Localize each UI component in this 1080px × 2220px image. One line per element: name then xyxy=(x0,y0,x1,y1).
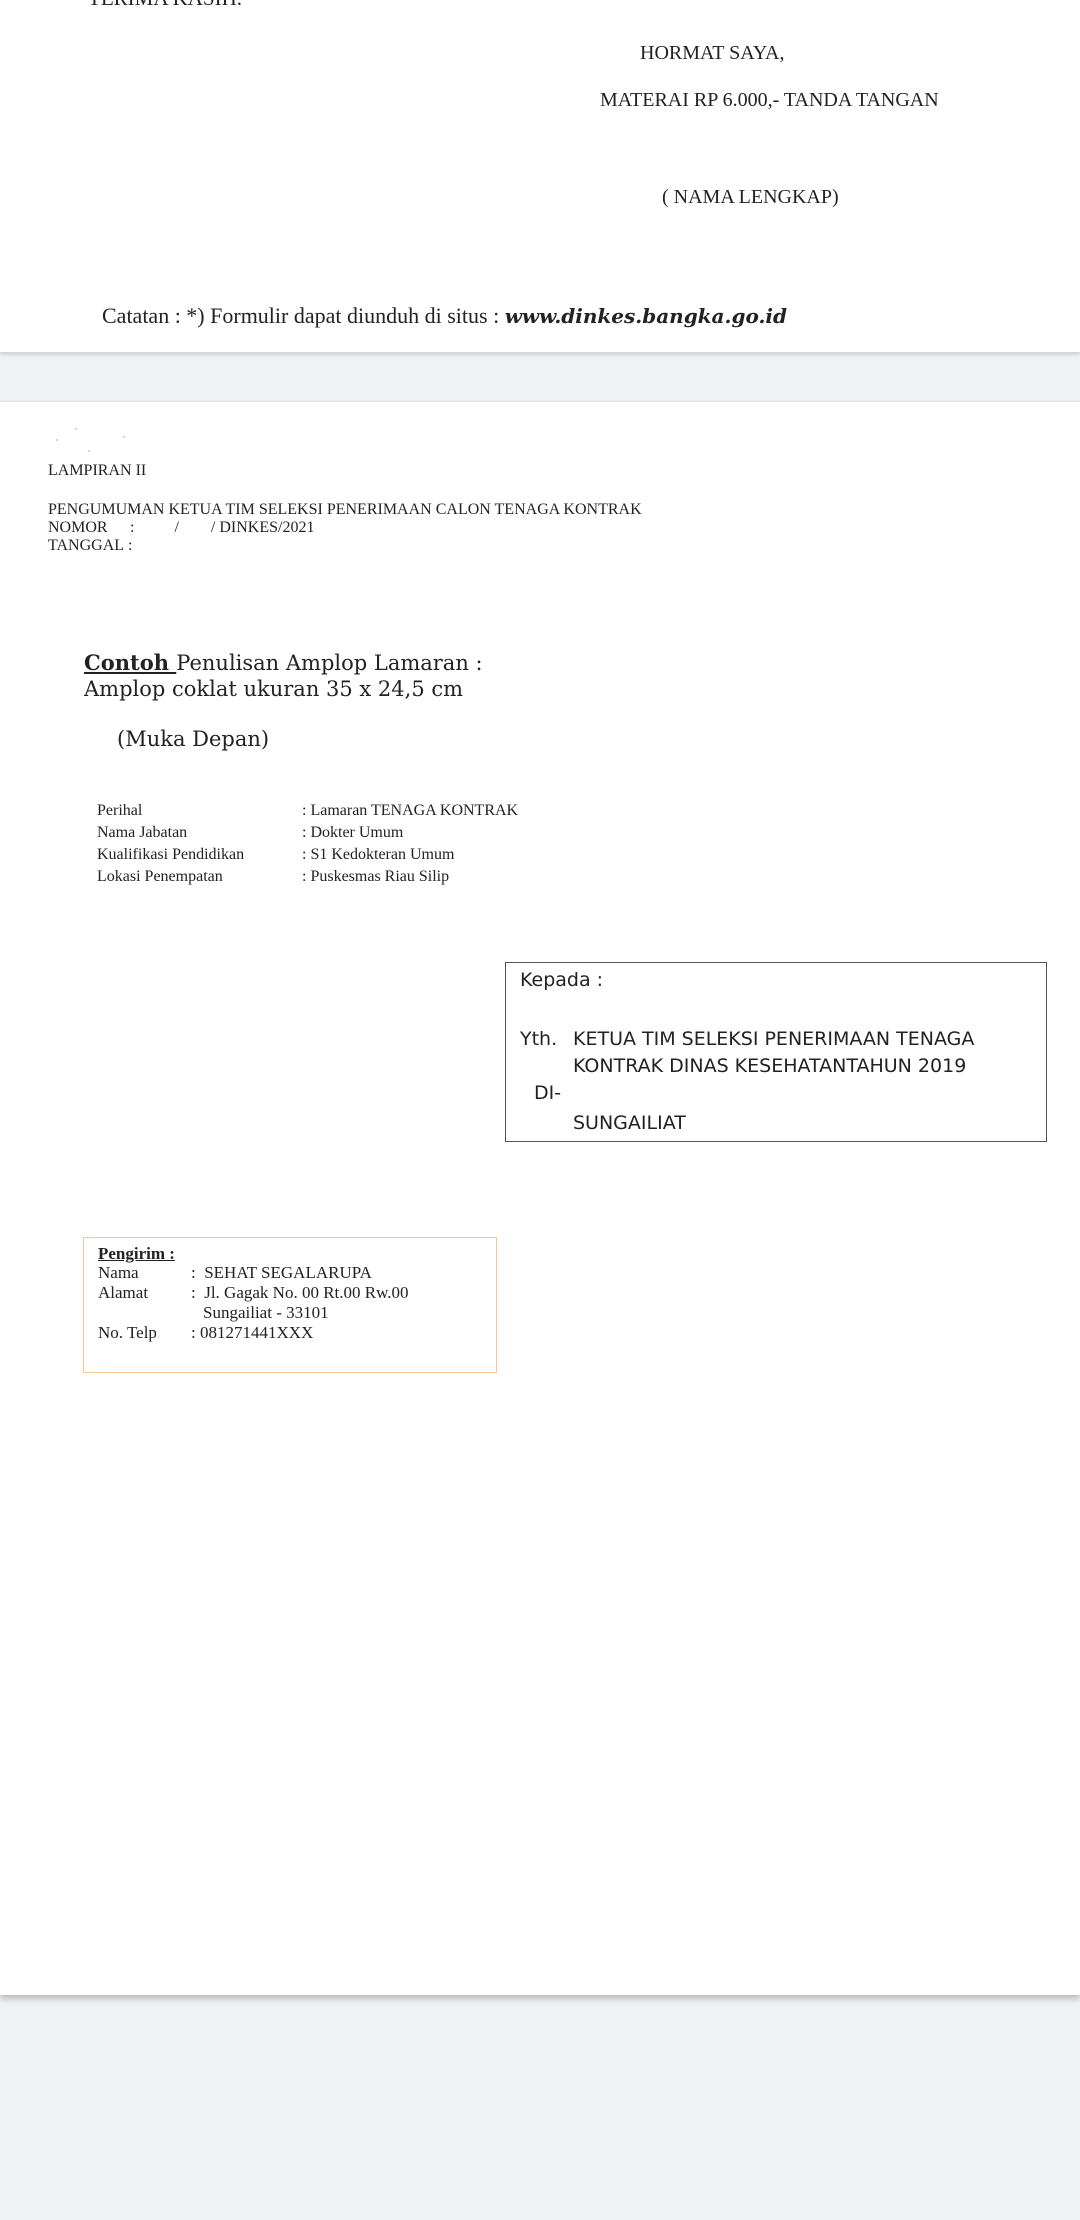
date-label: TANGGAL xyxy=(48,537,128,555)
info-row: Lokasi Penempatan: Puskesmas Riau Silip xyxy=(97,866,518,888)
front-side-label: (Muka Depan) xyxy=(117,727,269,751)
recipient-salutation: Yth. xyxy=(520,1028,557,1050)
info-key: Kualifikasi Pendidikan xyxy=(97,844,302,866)
info-row: Kualifikasi Pendidikan: S1 Kedokteran Um… xyxy=(97,844,518,866)
number-value: : / / DINKES/2021 xyxy=(130,519,314,537)
sender-address-value: : Jl. Gagak No. 00 Rt.00 Rw.00 xyxy=(191,1283,409,1303)
info-row: Perihal: Lamaran TENAGA KONTRAK xyxy=(97,800,518,822)
number-line: NOMOR: / / DINKES/2021 xyxy=(48,519,314,537)
info-key: Nama Jabatan xyxy=(97,822,302,844)
example-heading: Contoh Penulisan Amplop Lamaran : xyxy=(84,649,483,677)
document-page-1: TERIMA KASIH. HORMAT SAYA, MATERAI RP 6.… xyxy=(0,0,1080,352)
scan-speck xyxy=(123,436,125,438)
sender-address-box: Pengirim : Nama : SEHAT SEGALARUPA Alama… xyxy=(83,1237,497,1373)
document-page-2: LAMPIRAN II PENGUMUMAN KETUA TIM SELEKSI… xyxy=(0,402,1080,1995)
application-info-list: Perihal: Lamaran TENAGA KONTRAK Nama Jab… xyxy=(97,800,518,888)
info-value: : Lamaran TENAGA KONTRAK xyxy=(302,800,518,822)
envelope-size-text: Amplop coklat ukuran 35 x 24,5 cm xyxy=(84,677,463,701)
scan-speck xyxy=(75,428,77,430)
sender-phone-value: : 081271441XXX xyxy=(191,1323,313,1343)
info-row: Nama Jabatan: Dokter Umum xyxy=(97,822,518,844)
scan-speck xyxy=(56,439,58,441)
note-text: Catatan : *) Formulir dapat diunduh di s… xyxy=(102,303,505,328)
announcement-title: PENGUMUMAN KETUA TIM SELEKSI PENERIMAAN … xyxy=(48,501,642,519)
date-value: : xyxy=(128,537,132,555)
recipient-address-box: Kepada : Yth. KETUA TIM SELEKSI PENERIMA… xyxy=(505,962,1047,1142)
recipient-city: SUNGAILIAT xyxy=(573,1112,686,1134)
sender-name-value: : SEHAT SEGALARUPA xyxy=(191,1263,372,1283)
closing-text: HORMAT SAYA, xyxy=(640,42,785,65)
info-value: : Dokter Umum xyxy=(302,822,403,844)
recipient-label: Kepada : xyxy=(520,969,603,991)
full-name-placeholder: ( NAMA LENGKAP) xyxy=(662,186,839,209)
attachment-label: LAMPIRAN II xyxy=(48,462,146,480)
number-label: NOMOR xyxy=(48,519,130,537)
scan-speck xyxy=(88,450,90,452)
cut-off-text: TERIMA KASIH. xyxy=(88,0,242,11)
info-value: : Puskesmas Riau Silip xyxy=(302,866,449,888)
recipient-line-2: KONTRAK DINAS KESEHATANTAHUN 2019 xyxy=(573,1055,966,1077)
sender-name-label: Nama xyxy=(98,1263,139,1283)
example-heading-text: Penulisan Amplop Lamaran : xyxy=(176,651,482,675)
sender-address-line-2: Sungailiat - 33101 xyxy=(203,1303,329,1323)
info-key: Perihal xyxy=(97,800,302,822)
info-value: : S1 Kedokteran Umum xyxy=(302,844,454,866)
sender-phone-label: No. Telp xyxy=(98,1323,157,1343)
info-key: Lokasi Penempatan xyxy=(97,866,302,888)
download-url-link[interactable]: www.dinkes.bangka.go.id xyxy=(505,304,787,328)
materai-signature-line: MATERAI RP 6.000,- TANDA TANGAN xyxy=(600,89,939,112)
date-line: TANGGAL: xyxy=(48,537,132,555)
recipient-line-1: KETUA TIM SELEKSI PENERIMAAN TENAGA xyxy=(573,1028,974,1050)
recipient-di: DI- xyxy=(534,1082,561,1104)
example-bold-label: Contoh xyxy=(84,650,176,675)
note-line: Catatan : *) Formulir dapat diunduh di s… xyxy=(102,303,787,329)
sender-address-label: Alamat xyxy=(98,1283,148,1303)
sender-title: Pengirim : xyxy=(98,1244,175,1264)
